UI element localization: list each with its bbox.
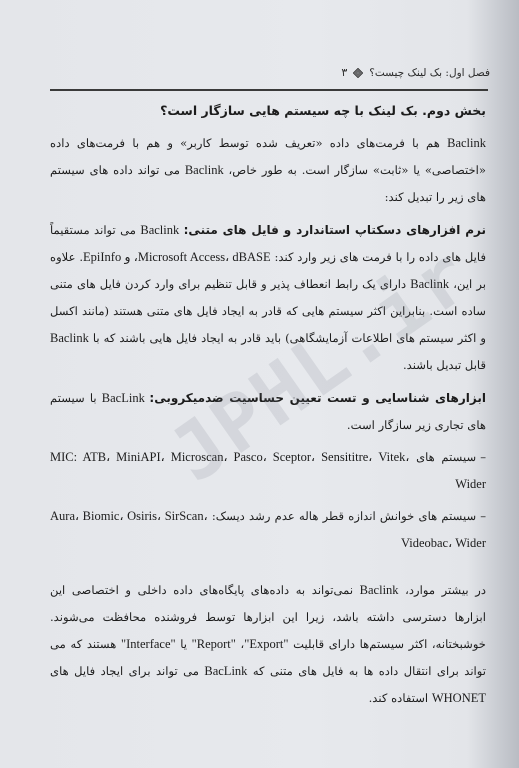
dash-bullet-icon: – <box>480 509 486 523</box>
spacer <box>50 557 486 577</box>
brand-baclink: Baclink <box>447 136 486 150</box>
bullet-item-disk-readers: –سیستم های خوانش اندازه قطر هاله عدم رشد… <box>50 503 486 557</box>
brand-baclink: Baclink <box>410 277 449 291</box>
bullet-item-ast-systems: –سیستم های MIC: ATB، MiniAPI، Microscan،… <box>50 444 486 498</box>
closing-paragraph: در بیشتر موارد، Baclink نمی‌تواند به داد… <box>50 577 486 712</box>
brand-baclink: Baclink <box>50 331 89 345</box>
format-list: Microsoft Access، dBASE، و EpiInfo <box>83 250 271 264</box>
bullet-label: سیستم های <box>409 450 476 464</box>
capability-interface: "Interface" <box>121 637 176 651</box>
brand-baclink: BacLink <box>102 391 150 405</box>
intro-paragraph: Baclink هم با فرمت‌های داده «تعریف شده ت… <box>50 130 486 211</box>
capability-export: "Export" <box>244 637 288 651</box>
book-page: ۳ فصل اول: بک لینک چیست؟ بخش دوم. بک لین… <box>0 0 519 768</box>
section-heading: بخش دوم. بک لینک با چه سیستم هایی سازگار… <box>50 97 486 124</box>
brand-baclink: Baclink <box>360 583 399 597</box>
identification-paragraph: ابزارهای شناسایی و تست تعیین حساسیت ضدمی… <box>50 385 486 439</box>
running-title: فصل اول: بک لینک چیست؟ <box>369 67 490 79</box>
header-divider <box>50 89 488 91</box>
page-body: بخش دوم. بک لینک با چه سیستم هایی سازگار… <box>50 97 486 712</box>
diamond-ornament-icon <box>353 68 363 78</box>
brand-whonet: WHONET <box>432 691 486 705</box>
capability-report: "Report" <box>192 637 236 651</box>
desktop-lead: نرم افزارهای دسکتاپ استاندارد و فایل های… <box>184 223 486 237</box>
brand-baclink: BacLink <box>204 664 247 678</box>
identification-lead: ابزارهای شناسایی و تست تعیین حساسیت ضدمی… <box>149 391 486 405</box>
brand-baclink: Baclink <box>140 223 179 237</box>
desktop-paragraph: نرم افزارهای دسکتاپ استاندارد و فایل های… <box>50 217 486 379</box>
desktop-text: قابل تبدیل باشند. <box>403 358 486 372</box>
brand-baclink: Baclink <box>185 163 224 177</box>
running-header: ۳ فصل اول: بک لینک چیست؟ <box>50 66 490 79</box>
page-number: ۳ <box>341 66 347 79</box>
bullet-label: سیستم های خوانش اندازه قطر هاله عدم رشد … <box>208 509 477 523</box>
dash-bullet-icon: – <box>480 450 486 464</box>
